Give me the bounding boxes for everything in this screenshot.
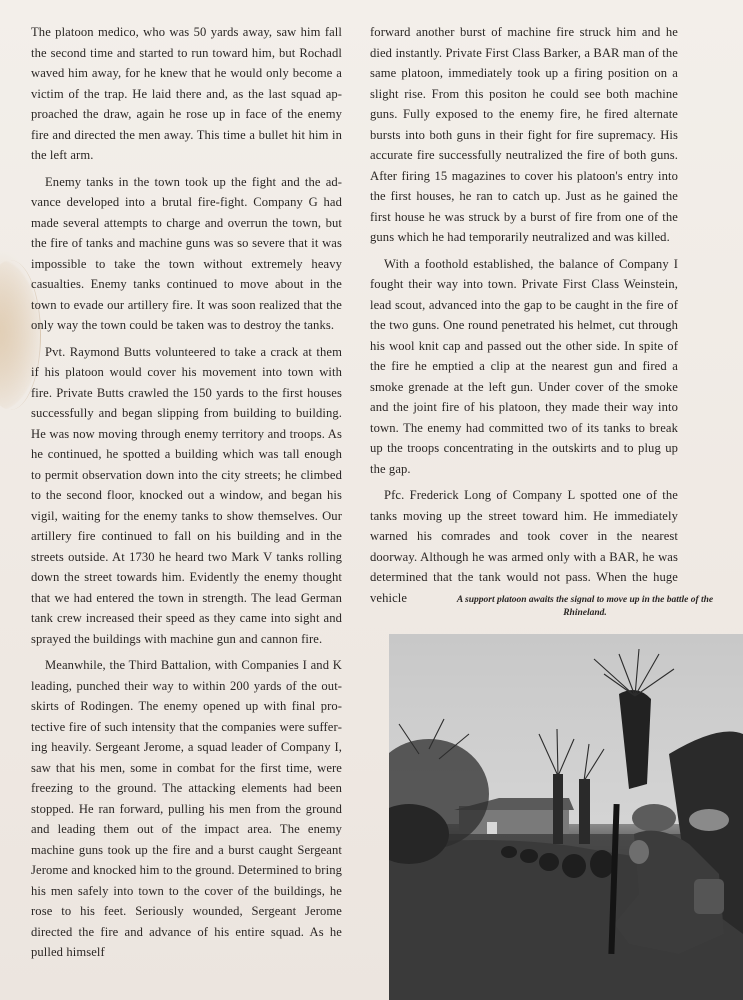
paragraph: forward another burst of machine fire st…: [370, 22, 678, 248]
right-text-column: forward another burst of machine fire st…: [370, 22, 678, 608]
paragraph: Pvt. Raymond Butts volunteered to take a…: [31, 342, 342, 650]
figure-caption: A support platoon awaits the signal to m…: [440, 594, 730, 620]
document-page: The platoon medico, who was 50 yards awa…: [0, 0, 743, 1000]
paragraph: Pfc. Frederick Long of Company L spotted…: [370, 485, 678, 608]
paragraph: Enemy tanks in the town took up the figh…: [31, 172, 342, 336]
photo-illustration: [389, 634, 743, 1000]
left-text-column: The platoon medico, who was 50 yards awa…: [31, 22, 342, 963]
paragraph: The platoon medico, who was 50 yards awa…: [31, 22, 342, 166]
paragraph: With a foothold established, the balance…: [370, 254, 678, 480]
paragraph: Meanwhile, the Third Battalion, with Com…: [31, 655, 342, 963]
war-photograph: [389, 634, 743, 1000]
